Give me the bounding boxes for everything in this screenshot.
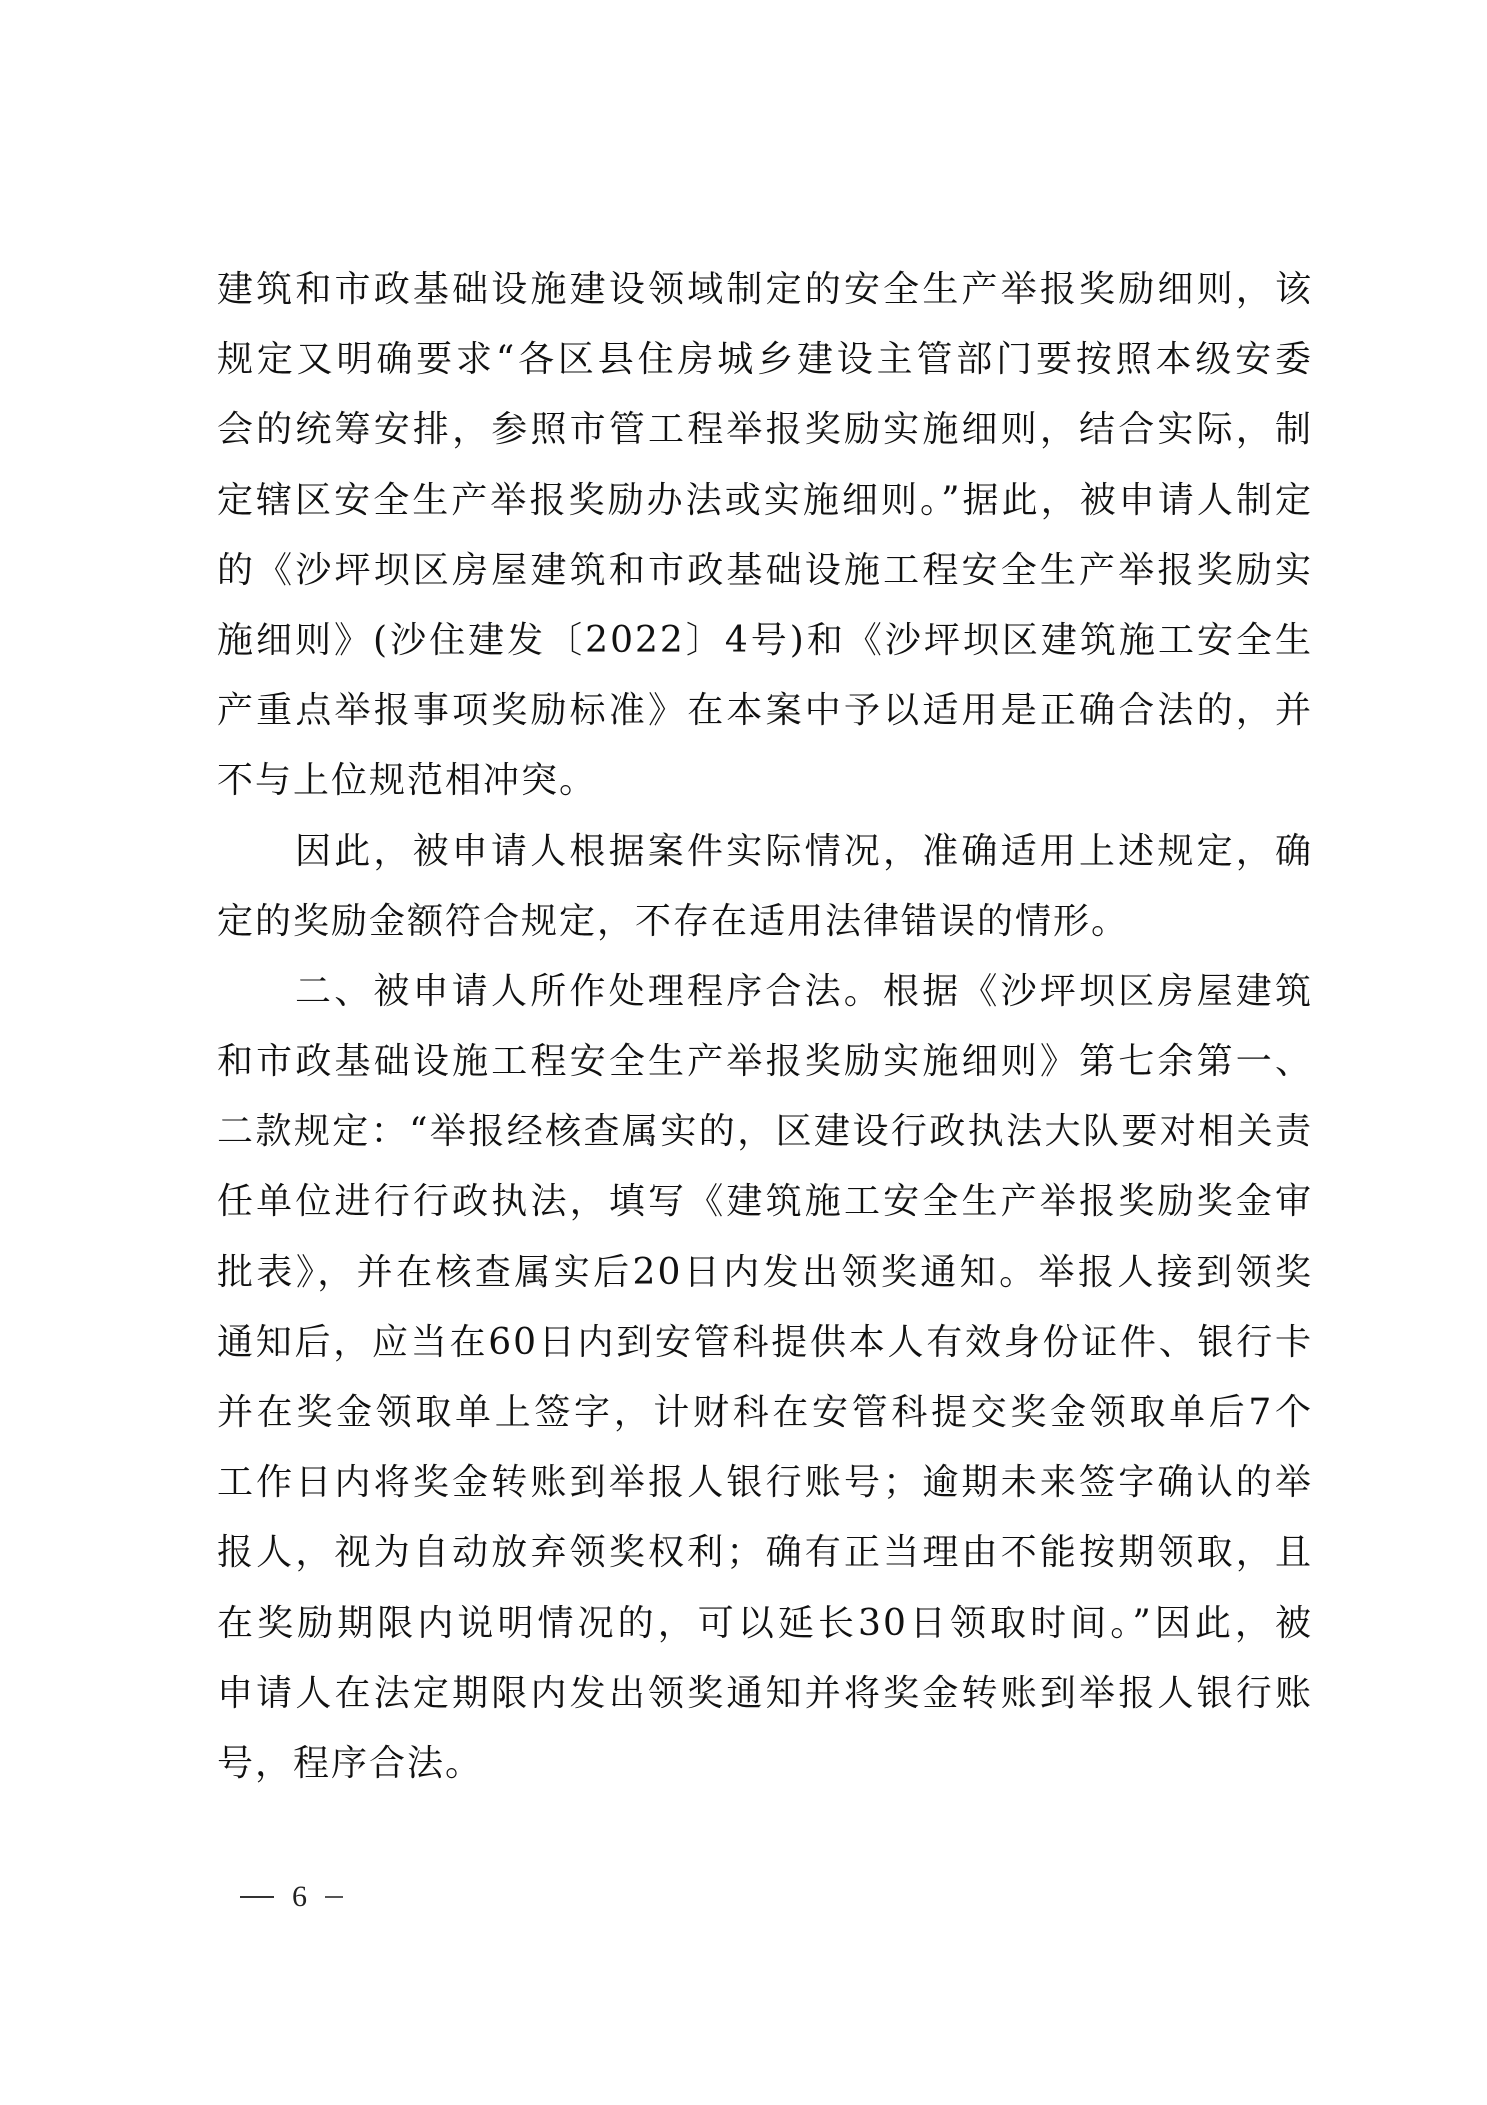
page-number: 6 — [292, 1880, 307, 1914]
text-line: 规定又明确要求“各区县住房城乡建设主管部门要按照本级安委 — [217, 332, 1313, 402]
dash-right-decoration — [325, 1896, 343, 1898]
text-line: 申请人在法定期限内发出领奖通知并将奖金转账到举报人银行账 — [217, 1666, 1313, 1736]
text-line: 的《沙坪坝区房屋建筑和市政基础设施工程安全生产举报奖励实 — [217, 543, 1313, 613]
dash-left-decoration — [240, 1896, 274, 1898]
page-footer: 6 — [240, 1872, 343, 1922]
document-page: 建筑和市政基础设施建设领域制定的安全生产举报奖励细则，该 规定又明确要求“各区县… — [0, 0, 1487, 2105]
text-line: 定辖区安全生产举报奖励办法或实施细则。”据此，被申请人制定 — [217, 473, 1313, 543]
text-line: 施细则》(沙住建发〔2022〕4号)和《沙坪坝区建筑施工安全生 — [217, 613, 1313, 683]
text-line: 不与上位规范相冲突。 — [217, 753, 1313, 823]
text-line: 和市政基础设施工程安全生产举报奖励实施细则》第七余第一、 — [217, 1034, 1313, 1104]
paragraph-first-line: 二、被申请人所作处理程序合法。根据《沙坪坝区房屋建筑 — [217, 964, 1313, 1034]
text-line: 工作日内将奖金转账到举报人银行账号；逾期未来签字确认的举 — [217, 1455, 1313, 1525]
text-line: 通知后，应当在60日内到安管科提供本人有效身份证件、银行卡 — [217, 1315, 1313, 1385]
text-line: 批表》，并在核查属实后20日内发出领奖通知。举报人接到领奖 — [217, 1245, 1313, 1315]
text-line: 任单位进行行政执法，填写《建筑施工安全生产举报奖励奖金审 — [217, 1174, 1313, 1244]
text-line: 产重点举报事项奖励标准》在本案中予以适用是正确合法的，并 — [217, 683, 1313, 753]
text-line: 在奖励期限内说明情况的，可以延长30日领取时间。”因此，被 — [217, 1596, 1313, 1666]
text-line: 报人，视为自动放弃领奖权利；确有正当理由不能按期领取，且 — [217, 1525, 1313, 1595]
text-line: 建筑和市政基础设施建设领域制定的安全生产举报奖励细则，该 — [217, 262, 1313, 332]
paragraph-first-line: 因此，被申请人根据案件实际情况，准确适用上述规定，确 — [217, 824, 1313, 894]
document-body: 建筑和市政基础设施建设领域制定的安全生产举报奖励细则，该 规定又明确要求“各区县… — [217, 262, 1313, 1806]
text-line: 并在奖金领取单上签字，计财科在安管科提交奖金领取单后7个 — [217, 1385, 1313, 1455]
text-line: 定的奖励金额符合规定，不存在适用法律错误的情形。 — [217, 894, 1313, 964]
text-line: 会的统筹安排，参照市管工程举报奖励实施细则，结合实际，制 — [217, 402, 1313, 472]
text-line: 号，程序合法。 — [217, 1736, 1313, 1806]
text-line: 二款规定：“举报经核查属实的，区建设行政执法大队要对相关责 — [217, 1104, 1313, 1174]
